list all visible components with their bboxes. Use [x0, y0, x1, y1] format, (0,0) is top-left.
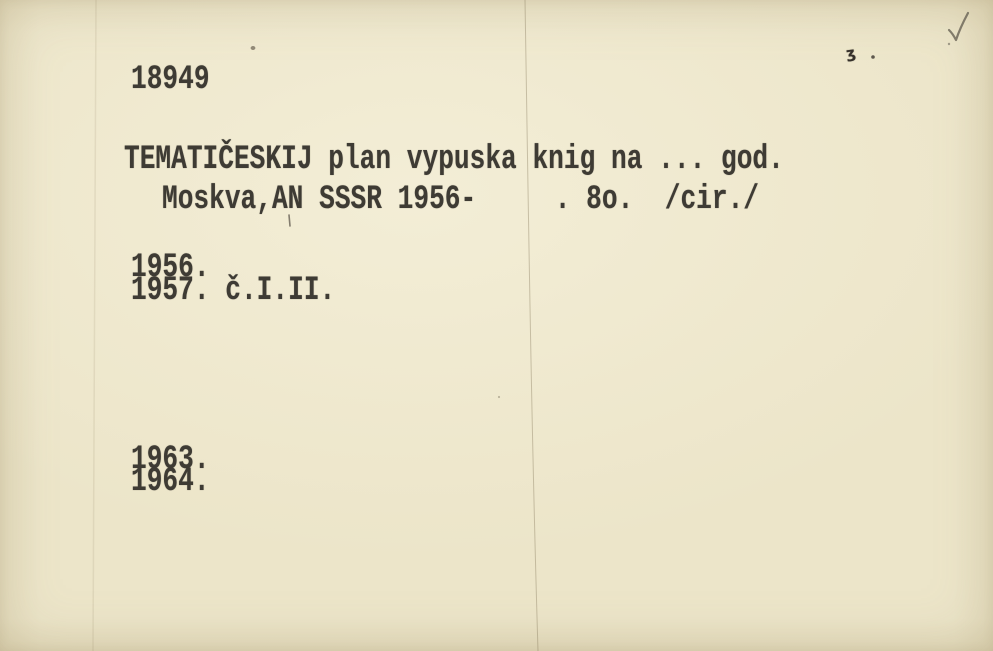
ink-mark: ʒ — [845, 43, 857, 62]
imprint-line: Moskva,AN SSSR 1956- . 8o. /cir./ — [162, 183, 759, 217]
card-crease — [525, 0, 538, 651]
paper-speck-top — [251, 46, 256, 50]
title-line: TEMATIČESKIJ plan vypuska knig na ... go… — [124, 143, 784, 177]
ink-dot — [871, 55, 875, 59]
holdings-line-1964: 1964. — [131, 465, 210, 499]
catalog-card: 18949 TEMATIČESKIJ plan vypuska knig na … — [0, 0, 993, 651]
paper-speck-center — [498, 396, 500, 398]
holdings-line-1957: 1957. č.I.II. — [131, 274, 335, 308]
catalog-number: 18949 — [131, 63, 210, 97]
pencil-speck — [948, 43, 950, 45]
checkmark-icon — [949, 13, 968, 40]
left-scan-band — [93, 0, 96, 651]
